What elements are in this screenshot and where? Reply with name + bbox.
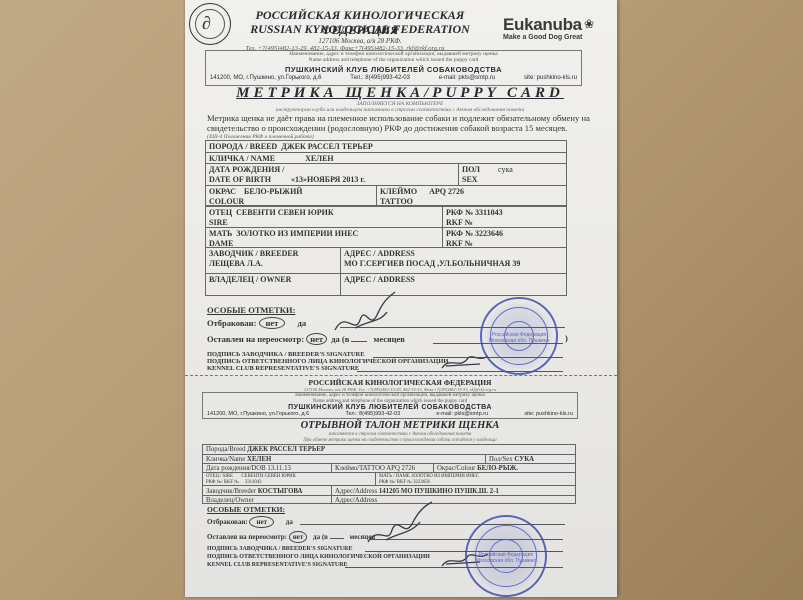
stub-tattoo-label: Клеймо/TATTOO [335, 465, 385, 472]
breed-value: ДЖЕК РАССЕЛ ТЕРЬЕР [281, 142, 373, 151]
club-stamp: Российская Федерация Московская обл. Пуш… [480, 297, 558, 375]
stub-subtitle1: заполняется в строгом соответствии с Акт… [205, 432, 595, 437]
stub-dam-label: МАТЬ / DAME [379, 474, 410, 479]
owner-cell: ВЛАДЕЛЕЦ / OWNER [206, 273, 340, 295]
breeder-label: ЗАВОДЧИК / BREEDER [209, 249, 337, 259]
stub-culled-yes-option: да [286, 518, 293, 526]
issuer-box: Наименование, адрес и телефон кинологиче… [205, 50, 582, 86]
signature-scribble [325, 290, 405, 340]
dam-rkf-label-ru: РКФ № [446, 229, 473, 238]
stub-subtitle2: При обмене метрики щенка на свидетельств… [205, 438, 595, 443]
stub-colour-label: Окрас/Colour [437, 465, 475, 472]
culled-yes-option: да [298, 318, 307, 328]
dam-label-ru: МАТЬ [209, 229, 232, 238]
representative-signature-label-en: KENNEL CLUB REPRESENTATIVE'S SIGNATURE [207, 365, 359, 373]
issuer-tel: Тел.: 8(495)993-42-03 [350, 75, 410, 81]
org-name-en: RUSSIAN KYNOLOGICAL FEDERATION [235, 22, 485, 37]
stub-sire-label: ОТЕЦ / SIRE [206, 474, 233, 479]
tear-line [185, 375, 617, 376]
sire-cell: ОТЕЦ СЕВЕНТИ СЕВЕН ЮРИК SIRE [206, 207, 442, 227]
culled-no-option: нет [259, 317, 286, 329]
dob-label-ru: ДАТА РОЖДЕНИЯ / [209, 165, 455, 175]
sire-rkf-label-ru: РКФ № [446, 208, 473, 217]
sex-label-ru: ПОЛ [462, 165, 480, 174]
puppy-card-document: ∂ РОССИЙСКАЯ КИНОЛОГИЧЕСКАЯ ФЕДЕРАЦИЯ RU… [185, 0, 617, 597]
sire-label-ru: ОТЕЦ [209, 208, 232, 217]
stub-breeder-address-label: Адрес/Address [335, 488, 377, 495]
org-address: 127106 Москва, а/я 28 РКФ. [235, 37, 485, 45]
colour-cell: ОКРАС БЕЛО-РЫЖИЙ COLOUR [206, 185, 376, 207]
stub-review-yes-option: да (в [313, 533, 328, 541]
stub-dob-label: Дата рождения/DOB [206, 465, 266, 472]
stub-issuer-site: site: pushkino-kls.ru [524, 411, 573, 417]
stub-name-value: ХЕЛЕН [247, 456, 271, 463]
notice-text: Метрика щенка не даёт права на племенное… [207, 113, 607, 133]
review-no-option: нет [306, 333, 327, 345]
stub-issuer-club: ПУШКИНСКИЙ КЛУБ ЛЮБИТЕЛЕЙ СОБАКОВОДСТВА [203, 404, 577, 411]
stub-dob-value: 13.11.13 [267, 465, 291, 472]
breeder-value: ЛЕЩЕВА Л.А. [209, 259, 337, 269]
stamp-text: Российская Федерация Московская обл. Пуш… [482, 332, 556, 344]
page-title: МЕТРИКА ЩЕНКА/PUPPY CARD [205, 85, 595, 102]
tattoo-cell: КЛЕЙМО APQ 2726 TATTOO [376, 185, 566, 207]
issuer-site: site: pushkino-kls.ru [524, 75, 577, 81]
tattoo-value: APQ 2726 [429, 187, 464, 196]
stub-breeder-label: Заводчик/Breeder [206, 488, 256, 495]
stub-sex-value: СУКА [514, 456, 534, 463]
dob-cell: ДАТА РОЖДЕНИЯ / DATE OF BIRTH «13»НОЯБРЯ… [206, 163, 458, 185]
stub-dam-value: ЗОЛОТКО ИЗ ИМПЕРИИ ИНЕС [411, 474, 479, 479]
stub-special-marks-title: ОСОБЫЕ ОТМЕТКИ: [207, 505, 285, 514]
issuer-address: 141200, МО, г.Пушкино, ул.Горького, д.6 [210, 75, 322, 81]
stub-breed-label: Порода/Breed [206, 446, 246, 453]
stub-tattoo-value: APQ 2726 [386, 465, 415, 472]
stub-issuer-box: Наименование, адрес и телефон кинологиче… [202, 392, 578, 419]
stub-representative-signature-label-ru: ПОДПИСЬ ОТВЕТСТВЕННОГО ЛИЦА КИНОЛОГИЧЕСК… [207, 553, 430, 561]
stub-review-label: Оставлен на переосмотр: [207, 533, 287, 541]
stub-title: ОТРЫВНОЙ ТАЛОН МЕТРИКИ ЩЕНКА [205, 420, 595, 431]
stub-review-row: Оставлен на переосмотр: нет да (в месяце… [207, 531, 375, 543]
sire-rkf-value: 3311043 [475, 208, 503, 217]
issuer-label-en: Name address and telephone of the organi… [206, 57, 581, 63]
stub-issuer-email: e-mail: pkls@smtp.ru [436, 411, 488, 417]
stub-breeder-value: КОСТЫГОВА [258, 488, 303, 495]
puppy-info-table: ПОРОДА / BREED ДЖЕК РАССЕЛ ТЕРЬЕР КЛИЧКА… [205, 140, 567, 206]
stub-org-name: РОССИЙСКАЯ КИНОЛОГИЧЕСКАЯ ФЕДЕРАЦИЯ [205, 378, 595, 387]
stub-table: Порода/Breed ДЖЕК РАССЕЛ ТЕРЬЕР Кличка/N… [202, 444, 576, 504]
stub-breeder-address-value: 141205 МО ПУШКИНО ПУШК.Ш. 2-1 [379, 488, 499, 495]
stub-culled-label: Отбракован: [207, 518, 248, 526]
sponsor-tagline: Make a Good Dog Great [503, 34, 582, 41]
colour-value: БЕЛО-РЫЖИЙ [244, 187, 302, 196]
stub-sire-value: СЕВЕНТИ СЕВЕН ЮРИК [241, 474, 296, 479]
owner-label: ВЛАДЕЛЕЦ / OWNER [209, 275, 337, 285]
sex-value: сука [498, 165, 513, 174]
stub-stamp-text: Российская Федерация Московская обл. Пуш… [467, 552, 545, 564]
stub-signature-scribble [360, 500, 440, 550]
owner-address-label: АДРЕС / ADDRESS [344, 275, 563, 285]
stub-name-label: Кличка/Name [206, 456, 245, 463]
dam-rkf-value: 3223646 [475, 229, 503, 238]
stub-owner-label: Владелец/Owner [206, 497, 254, 504]
signature-scribble-2 [440, 350, 490, 372]
stub-representative-signature-label-en: KENNEL CLUB REPRESENTATIVE'S SIGNATURE [207, 561, 348, 569]
culled-label: Отбракован: [207, 318, 256, 328]
stub-culled-row: Отбракован: нет да [207, 516, 293, 528]
rkf-emblem-icon: ∂ [189, 3, 231, 45]
review-close: ) [565, 333, 568, 343]
stub-breeder-signature-label: ПОДПИСЬ ЗАВОДЧИКА / BREEDER'S SIGNATURE [207, 545, 352, 553]
name-label: КЛИЧКА / NAME [209, 154, 275, 163]
name-row: КЛИЧКА / NAME ХЕЛЕН [206, 152, 566, 163]
sire-rkf-cell: РКФ № 3311043 RKF № [442, 207, 566, 227]
colour-label-ru: ОКРАС [209, 187, 236, 196]
issuer-club: ПУШКИНСКИЙ КЛУБ ЛЮБИТЕЛЕЙ СОБАКОВОДСТВА [206, 65, 581, 74]
stub-colour-value: БЕЛО-РЫЖ. [477, 465, 518, 472]
dob-value: «13»НОЯБРЯ 2013 г. [291, 175, 365, 184]
sex-label-en: SEX [462, 175, 563, 185]
stub-culled-no-option: нет [249, 516, 274, 528]
stub-issuer-address: 141200, МО, г.Пушкино, ул.Горького, д.6 [207, 411, 309, 417]
dam-cell: МАТЬ ЗОЛОТКО ИЗ ИМПЕРИИ ИНЕС DAME [206, 227, 442, 247]
dob-label-en: DATE OF BIRTH [209, 175, 271, 184]
breeder-cell: ЗАВОДЧИК / BREEDER ЛЕЩЕВА Л.А. [206, 247, 340, 273]
parents-table: ОТЕЦ СЕВЕНТИ СЕВЕН ЮРИК SIRE РКФ № 33110… [205, 206, 567, 296]
sex-cell: ПОЛ сука SEX [458, 163, 566, 185]
culled-row: Отбракован: нет да [207, 317, 306, 329]
review-label: Оставлен на переосмотр: [207, 334, 304, 344]
sponsor-logo: Eukanuba [503, 15, 582, 35]
tattoo-label-ru: КЛЕЙМО [380, 187, 417, 196]
stub-review-no-option: нет [289, 531, 308, 543]
stub-sex-label: Пол/Sex [489, 456, 513, 463]
dam-rkf-cell: РКФ № 3223646 RKF № [442, 227, 566, 247]
paw-icon: ❀ [584, 17, 594, 32]
dam-value: ЗОЛОТКО ИЗ ИМПЕРИИ ИНЕС [236, 229, 358, 238]
issuer-email: e-mail: pkls@smtp.ru [439, 75, 495, 81]
sire-value: СЕВЕНТИ СЕВЕН ЮРИК [236, 208, 334, 217]
stub-issuer-tel: Тел.: 8(495)993-42-03 [345, 411, 400, 417]
stub-club-stamp: Российская Федерация Московская обл. Пуш… [465, 515, 547, 597]
special-marks-title: ОСОБЫЕ ОТМЕТКИ: [207, 305, 295, 315]
stub-breed-value: ДЖЕК РАССЕЛ ТЕРЬЕР [247, 446, 325, 453]
breeder-address-value: МО Г.СЕРГИЕВ ПОСАД ,УЛ.БОЛЬНИЧНАЯ 39 [344, 259, 563, 269]
breed-label: ПОРОДА / BREED [209, 142, 277, 151]
breeder-address-label: АДРЕС / ADDRESS [344, 249, 563, 259]
breeder-address-cell: АДРЕС / ADDRESS МО Г.СЕРГИЕВ ПОСАД ,УЛ.Б… [340, 247, 566, 273]
name-value: ХЕЛЕН [305, 154, 334, 163]
breed-row: ПОРОДА / BREED ДЖЕК РАССЕЛ ТЕРЬЕР [206, 141, 566, 152]
